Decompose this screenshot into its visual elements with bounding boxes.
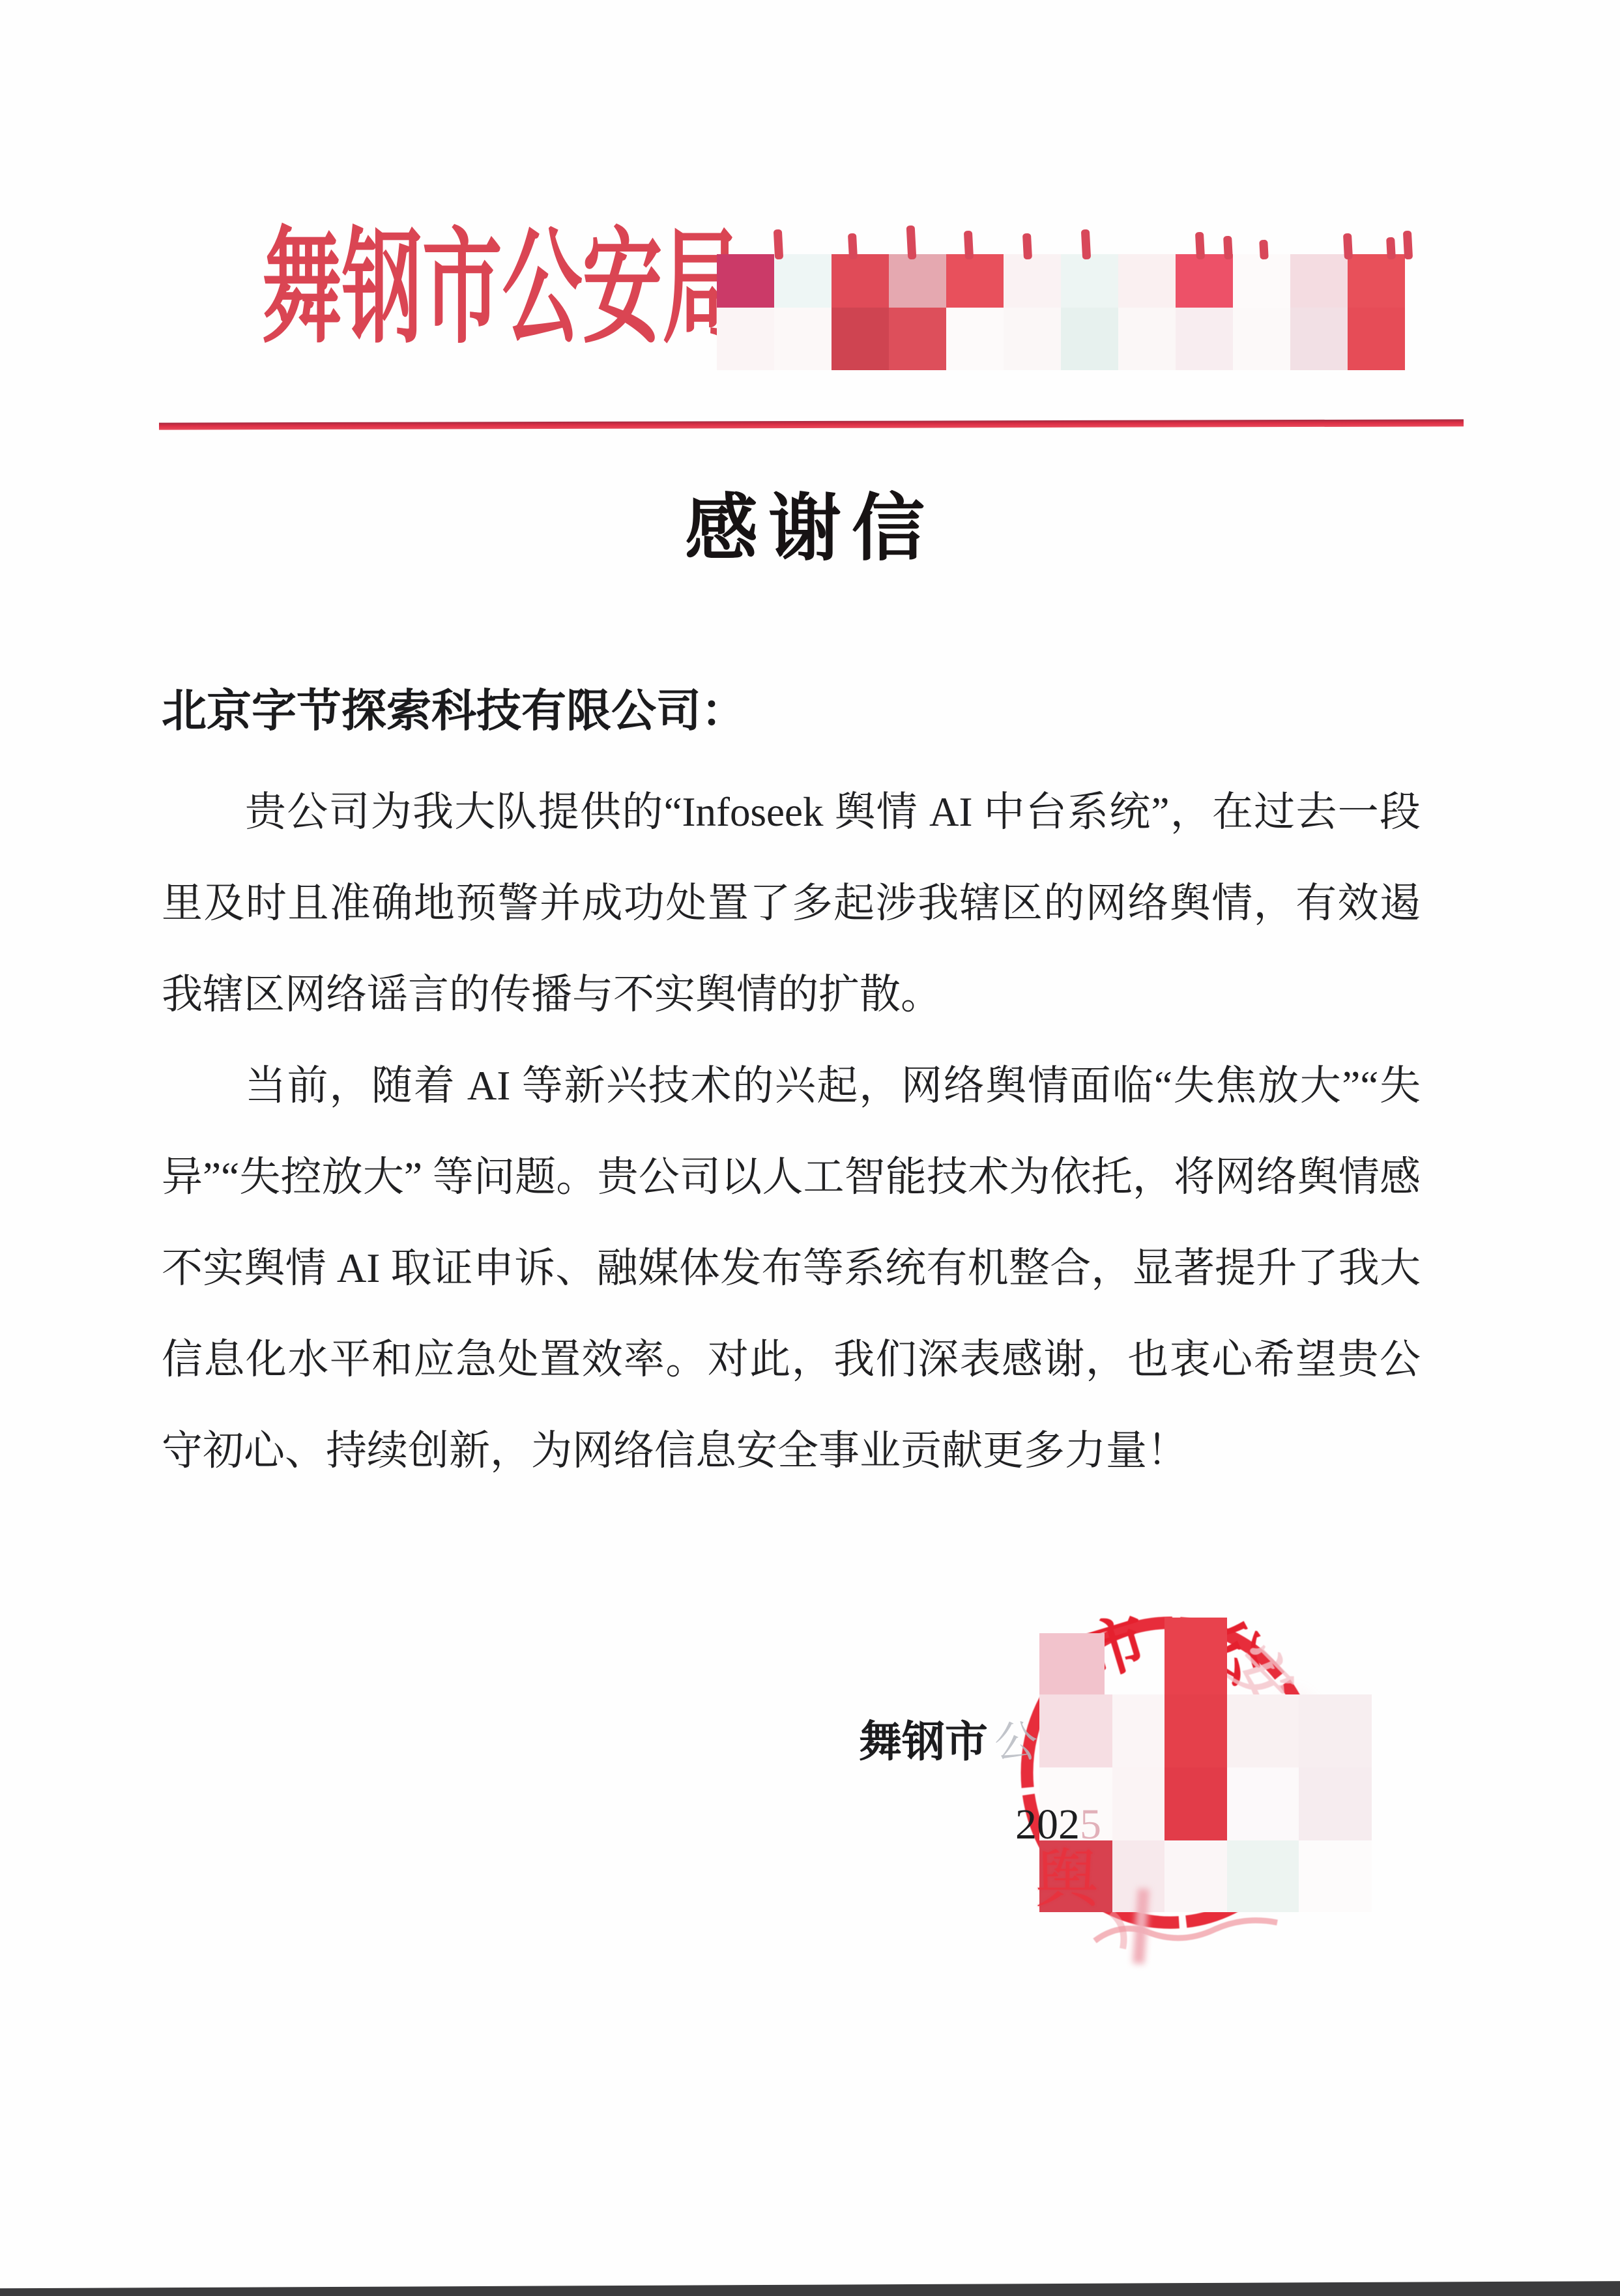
mosaic-block: [1299, 1840, 1372, 1912]
redacted-stroke-tip: [848, 233, 858, 260]
mosaic-block: [1176, 254, 1233, 308]
mosaic-block: [1004, 308, 1061, 370]
body-line: 里及时且准确地预警并成功处置了多起涉我辖区的网络舆情，有效遏制了涉: [162, 858, 1421, 949]
body-line: 信息化水平和应急处置效率。对此，我们深表感谢，也衷心希望贵公司能坚: [162, 1314, 1421, 1405]
body-line: 贵公司为我大队提供的“Infoseek 舆情 AI 中台系统”，在过去一段时间: [162, 766, 1421, 858]
mosaic-block: [774, 254, 832, 308]
redacted-stroke-tip: [1195, 232, 1205, 260]
mosaic-block: [1290, 308, 1348, 370]
body-line: 当前，随着 AI 等新兴技术的兴起，网络舆情面临“失焦放大”“失真变: [162, 1040, 1421, 1131]
date-faint-digit: 5: [1080, 1801, 1101, 1848]
mosaic-block: [1164, 1618, 1227, 1694]
mosaic-block: [1039, 1694, 1112, 1767]
mosaic-block: [832, 308, 889, 370]
mosaic-block: [889, 308, 946, 370]
redacted-stroke-tip: [906, 225, 917, 260]
seal-remnant-character: 舆: [1035, 1848, 1099, 1912]
mosaic-block: [1227, 1694, 1299, 1767]
mosaic-block: [1233, 254, 1290, 308]
redacted-stroke-tip: [1259, 240, 1269, 260]
redacted-stroke-tip: [1343, 233, 1353, 260]
mosaic-block: [1233, 308, 1290, 370]
mosaic-block: [1164, 1767, 1227, 1840]
signature-visible-text: 舞钢市: [859, 1719, 988, 1766]
mosaic-block: [1112, 1694, 1164, 1767]
page-title: 感谢信: [0, 493, 1620, 566]
redacted-stroke-tip: [1403, 231, 1413, 260]
signature-line: 舞钢市公: [859, 1719, 1037, 1767]
date-visible-digits: 202: [1015, 1801, 1080, 1848]
mosaic-block: [717, 308, 774, 370]
mosaic-block: [832, 254, 889, 308]
date-line: 2025: [1015, 1801, 1101, 1849]
body-line: 不实舆情 AI 取证申诉、融媒体发布等系统有机整合，显著提升了我大队的: [162, 1223, 1421, 1314]
mosaic-block: [1299, 1694, 1372, 1767]
salutation: 北京字节探索科技有限公司：: [162, 686, 746, 737]
body-line: 守初心、持续创新，为网络信息安全事业贡献更多力量！: [162, 1405, 1421, 1496]
mosaic-block: [717, 254, 774, 308]
mosaic-block: [1061, 308, 1118, 370]
mosaic-block: [1112, 1767, 1164, 1840]
mosaic-block: [946, 254, 1004, 308]
redacted-stroke-tip: [1022, 233, 1032, 260]
mosaic-block: [1348, 254, 1405, 308]
mosaic-block: [1290, 254, 1348, 308]
redacted-stroke-tip: [964, 231, 974, 260]
mosaic-block: [1227, 1767, 1299, 1840]
mosaic-block: [889, 254, 946, 308]
body-line: 异”“失控放大” 等问题。贵公司以人工智能技术为依托，将网络舆情感知、: [162, 1131, 1421, 1223]
mosaic-block: [1164, 1694, 1227, 1767]
mosaic-block: [1299, 1767, 1372, 1840]
mosaic-block: [774, 308, 832, 370]
mosaic-block: [1348, 308, 1405, 370]
scan-bottom-edge: [0, 2279, 1620, 2296]
scanned-letter-page: { "page": {"width": 2486, "height": 3523…: [0, 0, 1620, 2296]
redacted-stroke-tip: [1386, 237, 1396, 260]
redacted-stroke-tip: [1081, 229, 1091, 260]
mosaic-block: [1004, 254, 1061, 308]
mosaic-block: [1118, 308, 1176, 370]
mosaic-block: [946, 308, 1004, 370]
body-line: 我辖区网络谣言的传播与不实舆情的扩散。: [162, 949, 1421, 1040]
mosaic-block: [1164, 1840, 1227, 1912]
letterhead-divider-line: [159, 419, 1464, 429]
mosaic-block: [1118, 254, 1176, 308]
signature-faint-char: 公: [994, 1719, 1037, 1766]
redacted-stroke-tip: [774, 229, 783, 260]
mosaic-block: [1039, 1633, 1105, 1694]
mosaic-block: [1061, 254, 1118, 308]
redacted-stroke-tip: [1223, 236, 1233, 260]
mosaic-block: [1227, 1840, 1299, 1912]
letterhead-agency-name: 舞钢市公安局: [262, 227, 742, 352]
letter-body: 贵公司为我大队提供的“Infoseek 舆情 AI 中台系统”，在过去一段时间 …: [162, 766, 1421, 1496]
mosaic-block: [1176, 308, 1233, 370]
